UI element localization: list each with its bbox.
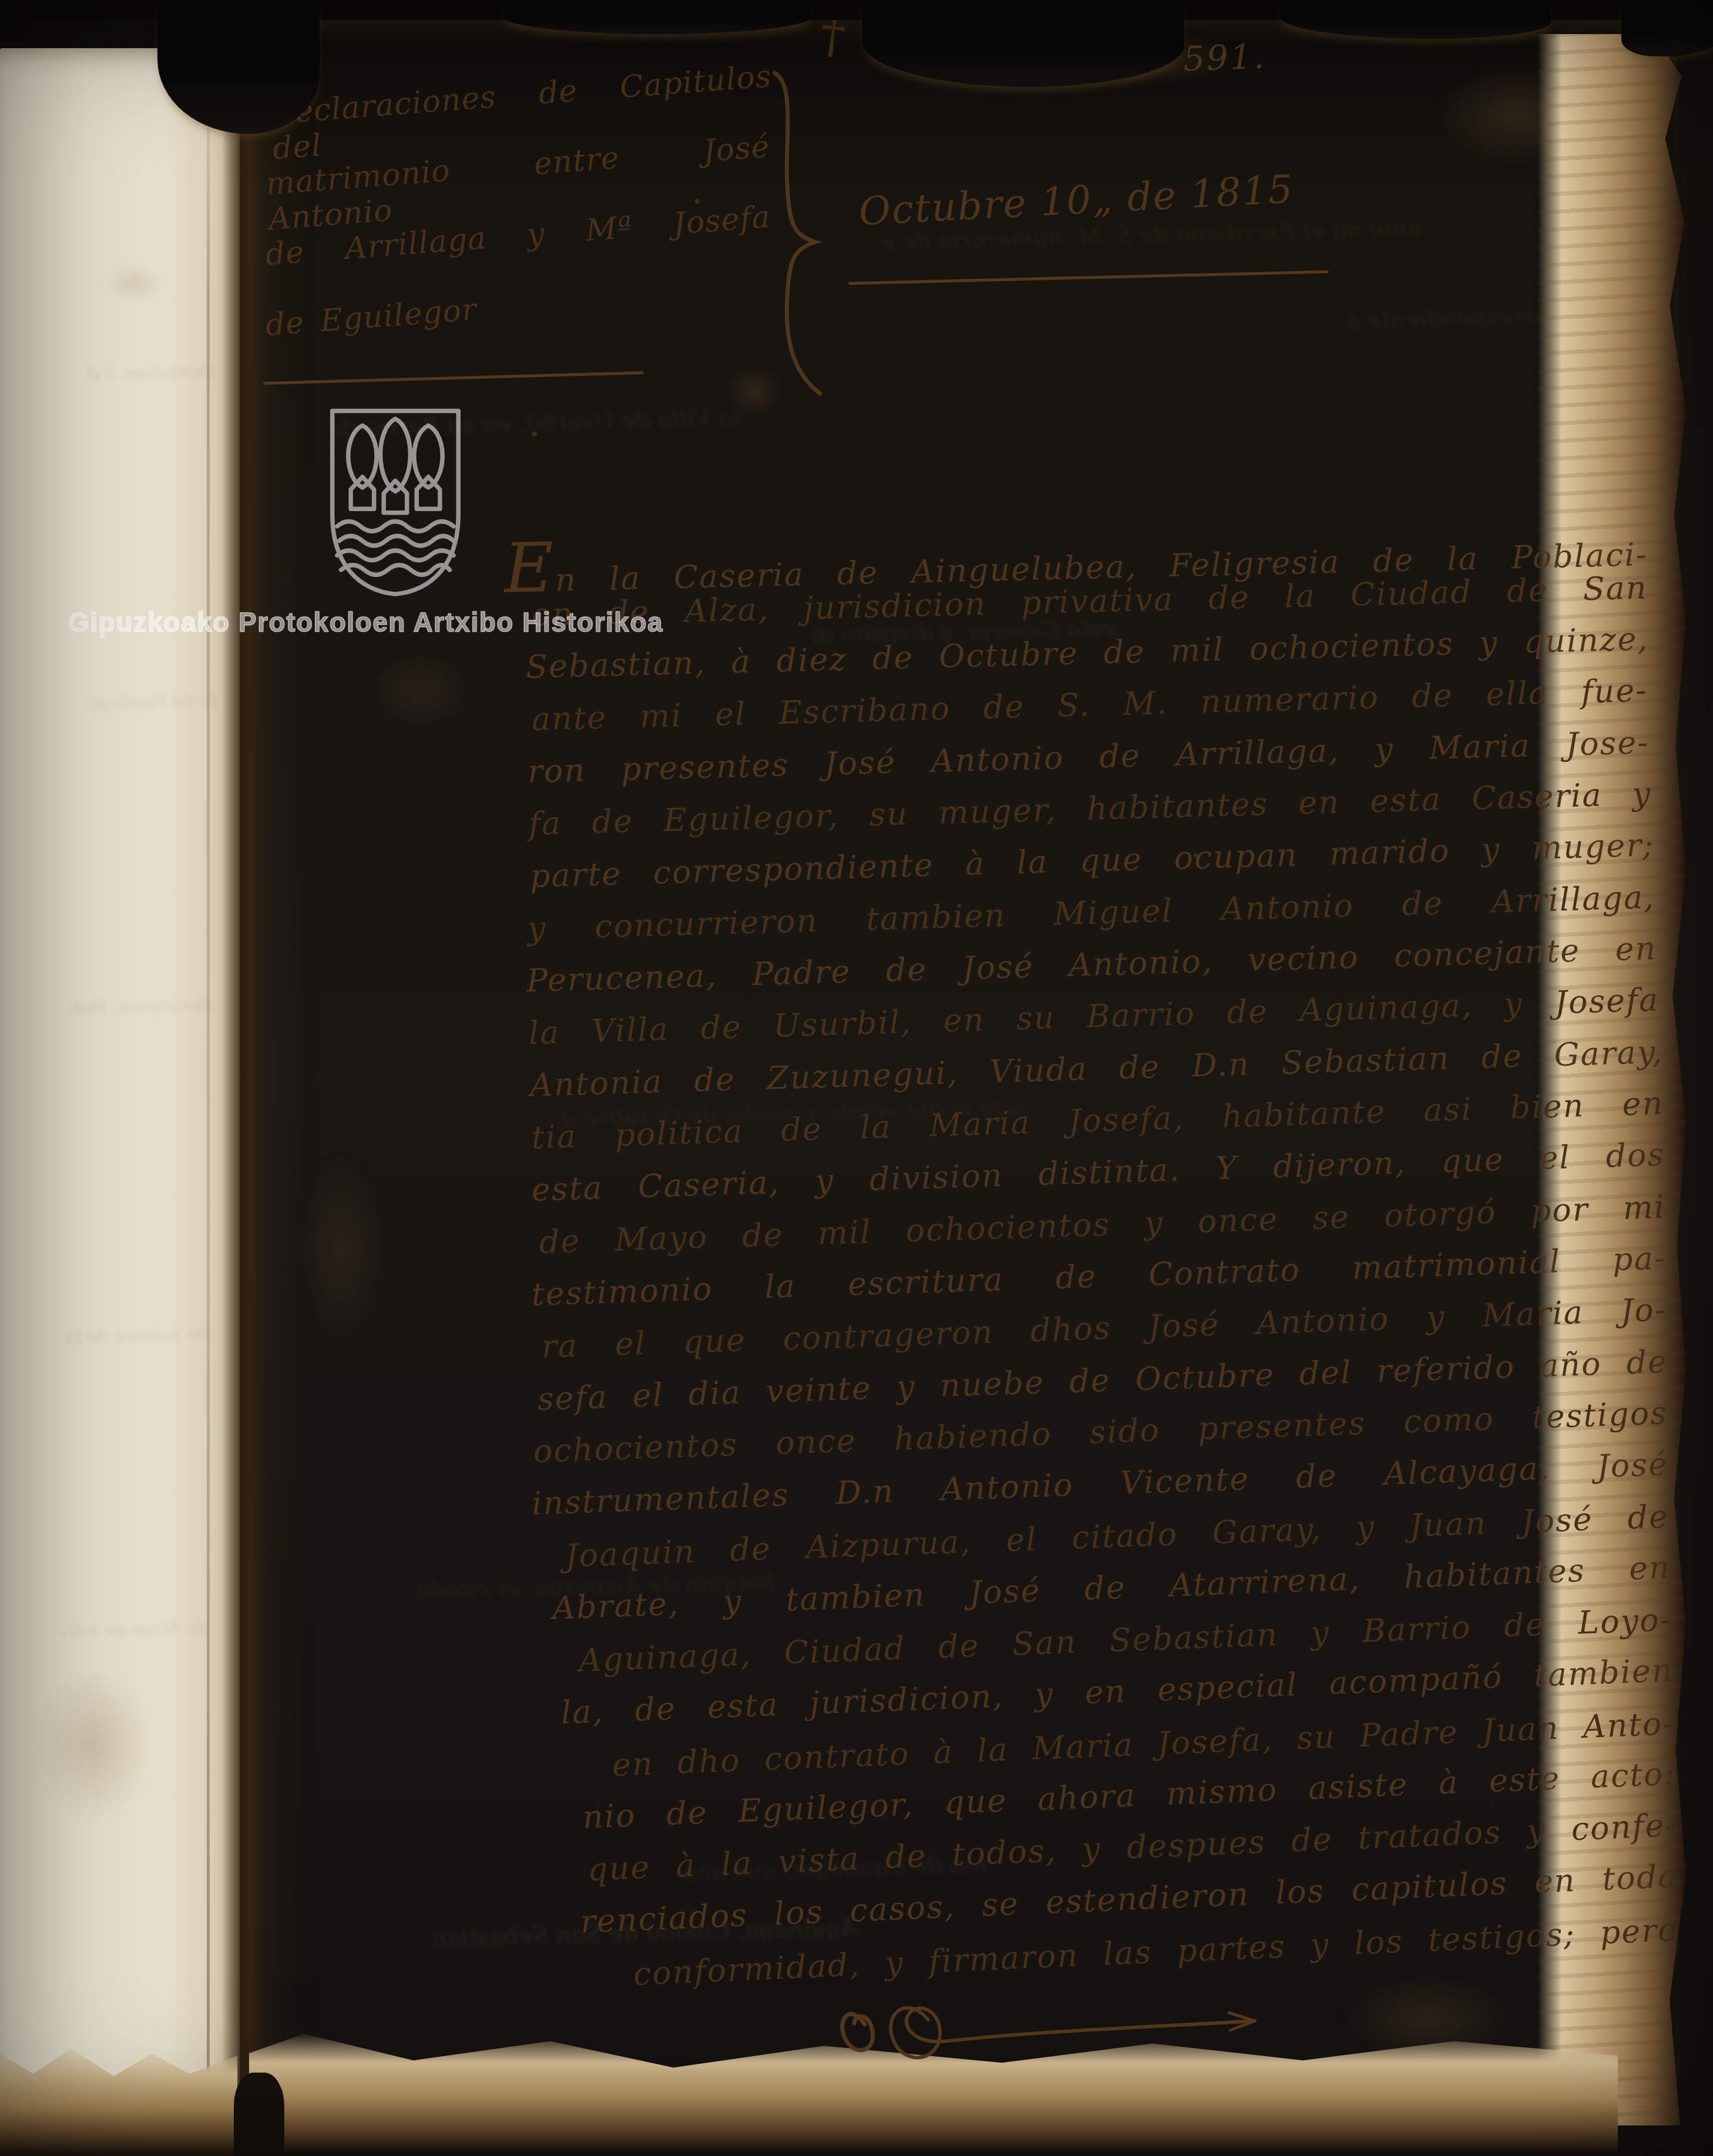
folio-number: 591. [1183,36,1267,79]
ink-bleed-through: fa de Eguilegor, su muger, habitantes en… [91,691,218,713]
ink-bleed-through: Perucenea, Padre de José Antonio, vecino… [70,997,212,1018]
archive-watermark-text: Gipuzkoako Protokoloen Artxibo Historiko… [68,609,663,636]
page-crease [207,53,210,2074]
paper-stain [297,1151,385,1345]
paper-stain [34,1668,152,1821]
gipuzkoa-shield-watermark-icon [322,404,469,598]
page-edge-notch [234,2073,284,2156]
paper-stain [105,264,163,302]
top-edge-notch [504,0,811,34]
ink-bleed-through: Sebastian, à diez de Octubre de mil ocho… [88,362,215,384]
manuscript-scan: Sebastian, à diez de Octubre de mil ocho… [0,0,1713,2156]
closing-flourish [834,1996,1292,2090]
binding-gutter [222,14,264,2123]
paper-stain [370,652,470,728]
top-edge-notch [1621,0,1713,56]
curly-brace [761,69,826,398]
ink-bleed-through: tia politica de la Maria Josefa, habitan… [66,1326,210,1347]
